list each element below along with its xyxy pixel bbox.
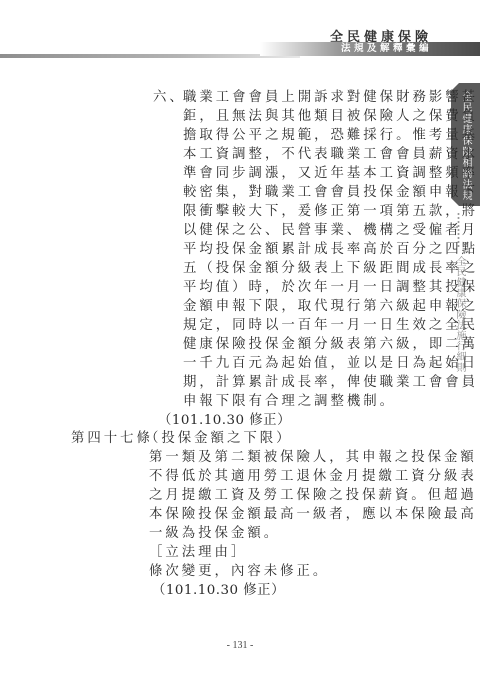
legislative-reason-heading: ［立法理由］ xyxy=(149,543,247,562)
book-subtitle: 法規及解釋彙編 xyxy=(341,42,432,56)
text-line: 本工資調整，不代表職業工會會員薪資水 xyxy=(183,145,478,164)
text-line: 期，計算累計成長率，俾使職業工會會員 xyxy=(183,373,478,392)
text-line: 申報下限有合理之調整機制。 xyxy=(183,392,396,411)
article-number: 第四十七條 xyxy=(71,429,153,448)
text-line: 本保險投保金額最高一級者，應以本保險最高 xyxy=(149,505,477,524)
text-line: 以健保之公、民營事業、機構之受僱者月 xyxy=(183,221,478,240)
legislative-reason-text: 條次變更，內容未修正。 xyxy=(149,562,329,581)
text-line: 之月提繳工資及勞工保險之投保薪資。但超過 xyxy=(149,486,477,505)
text-line: 規定，同時以一百年一月一日生效之全民 xyxy=(183,316,478,335)
text-line: 平均值）時，於次年一月一日調整其投保 xyxy=(183,278,478,297)
text-line: 金額申報下限，取代現行第六級起申報之 xyxy=(183,297,478,316)
text-line: 較密集，對職業工會會員投保金額申報下 xyxy=(183,183,478,202)
header-rule xyxy=(0,54,300,58)
text-line: 準會同步調漲，又近年基本工資調整頻率 xyxy=(183,164,478,183)
text-line: 健康保險投保金額分級表第六級，即二萬 xyxy=(183,335,478,354)
amendment-note: （101.10.30 修正） xyxy=(152,581,285,600)
amendment-note: （101.10.30 修正） xyxy=(158,411,291,430)
text-line: 限衝擊較大下，爰修正第一項第五款，將 xyxy=(183,202,478,221)
article-heading: （投保金額之下限） xyxy=(145,429,293,448)
page-number: - 131 - xyxy=(0,640,480,651)
item-marker: 六、 xyxy=(153,88,186,107)
text-line: 平均投保金額累計成長率高於百分之四點 xyxy=(183,240,478,259)
text-line: 一級為投保金額。 xyxy=(149,524,280,543)
text-line: 一千九百元為起始值，並以是日為起始日 xyxy=(183,354,478,373)
text-line: 五（投保金額分級表上下級距間成長率之 xyxy=(183,259,478,278)
text-line: 擔取得公平之規範，恐難採行。惟考量基 xyxy=(183,126,478,145)
text-line: 鉅，且無法與其他類目被保險人之保費負 xyxy=(183,107,478,126)
text-line: 職業工會會員上開訴求對健保財務影響甚 xyxy=(183,88,478,107)
text-line: 不得低於其適用勞工退休金月提繳工資分級表 xyxy=(149,467,477,486)
text-line: 第一類及第二類被保險人，其申報之投保金額 xyxy=(149,448,477,467)
